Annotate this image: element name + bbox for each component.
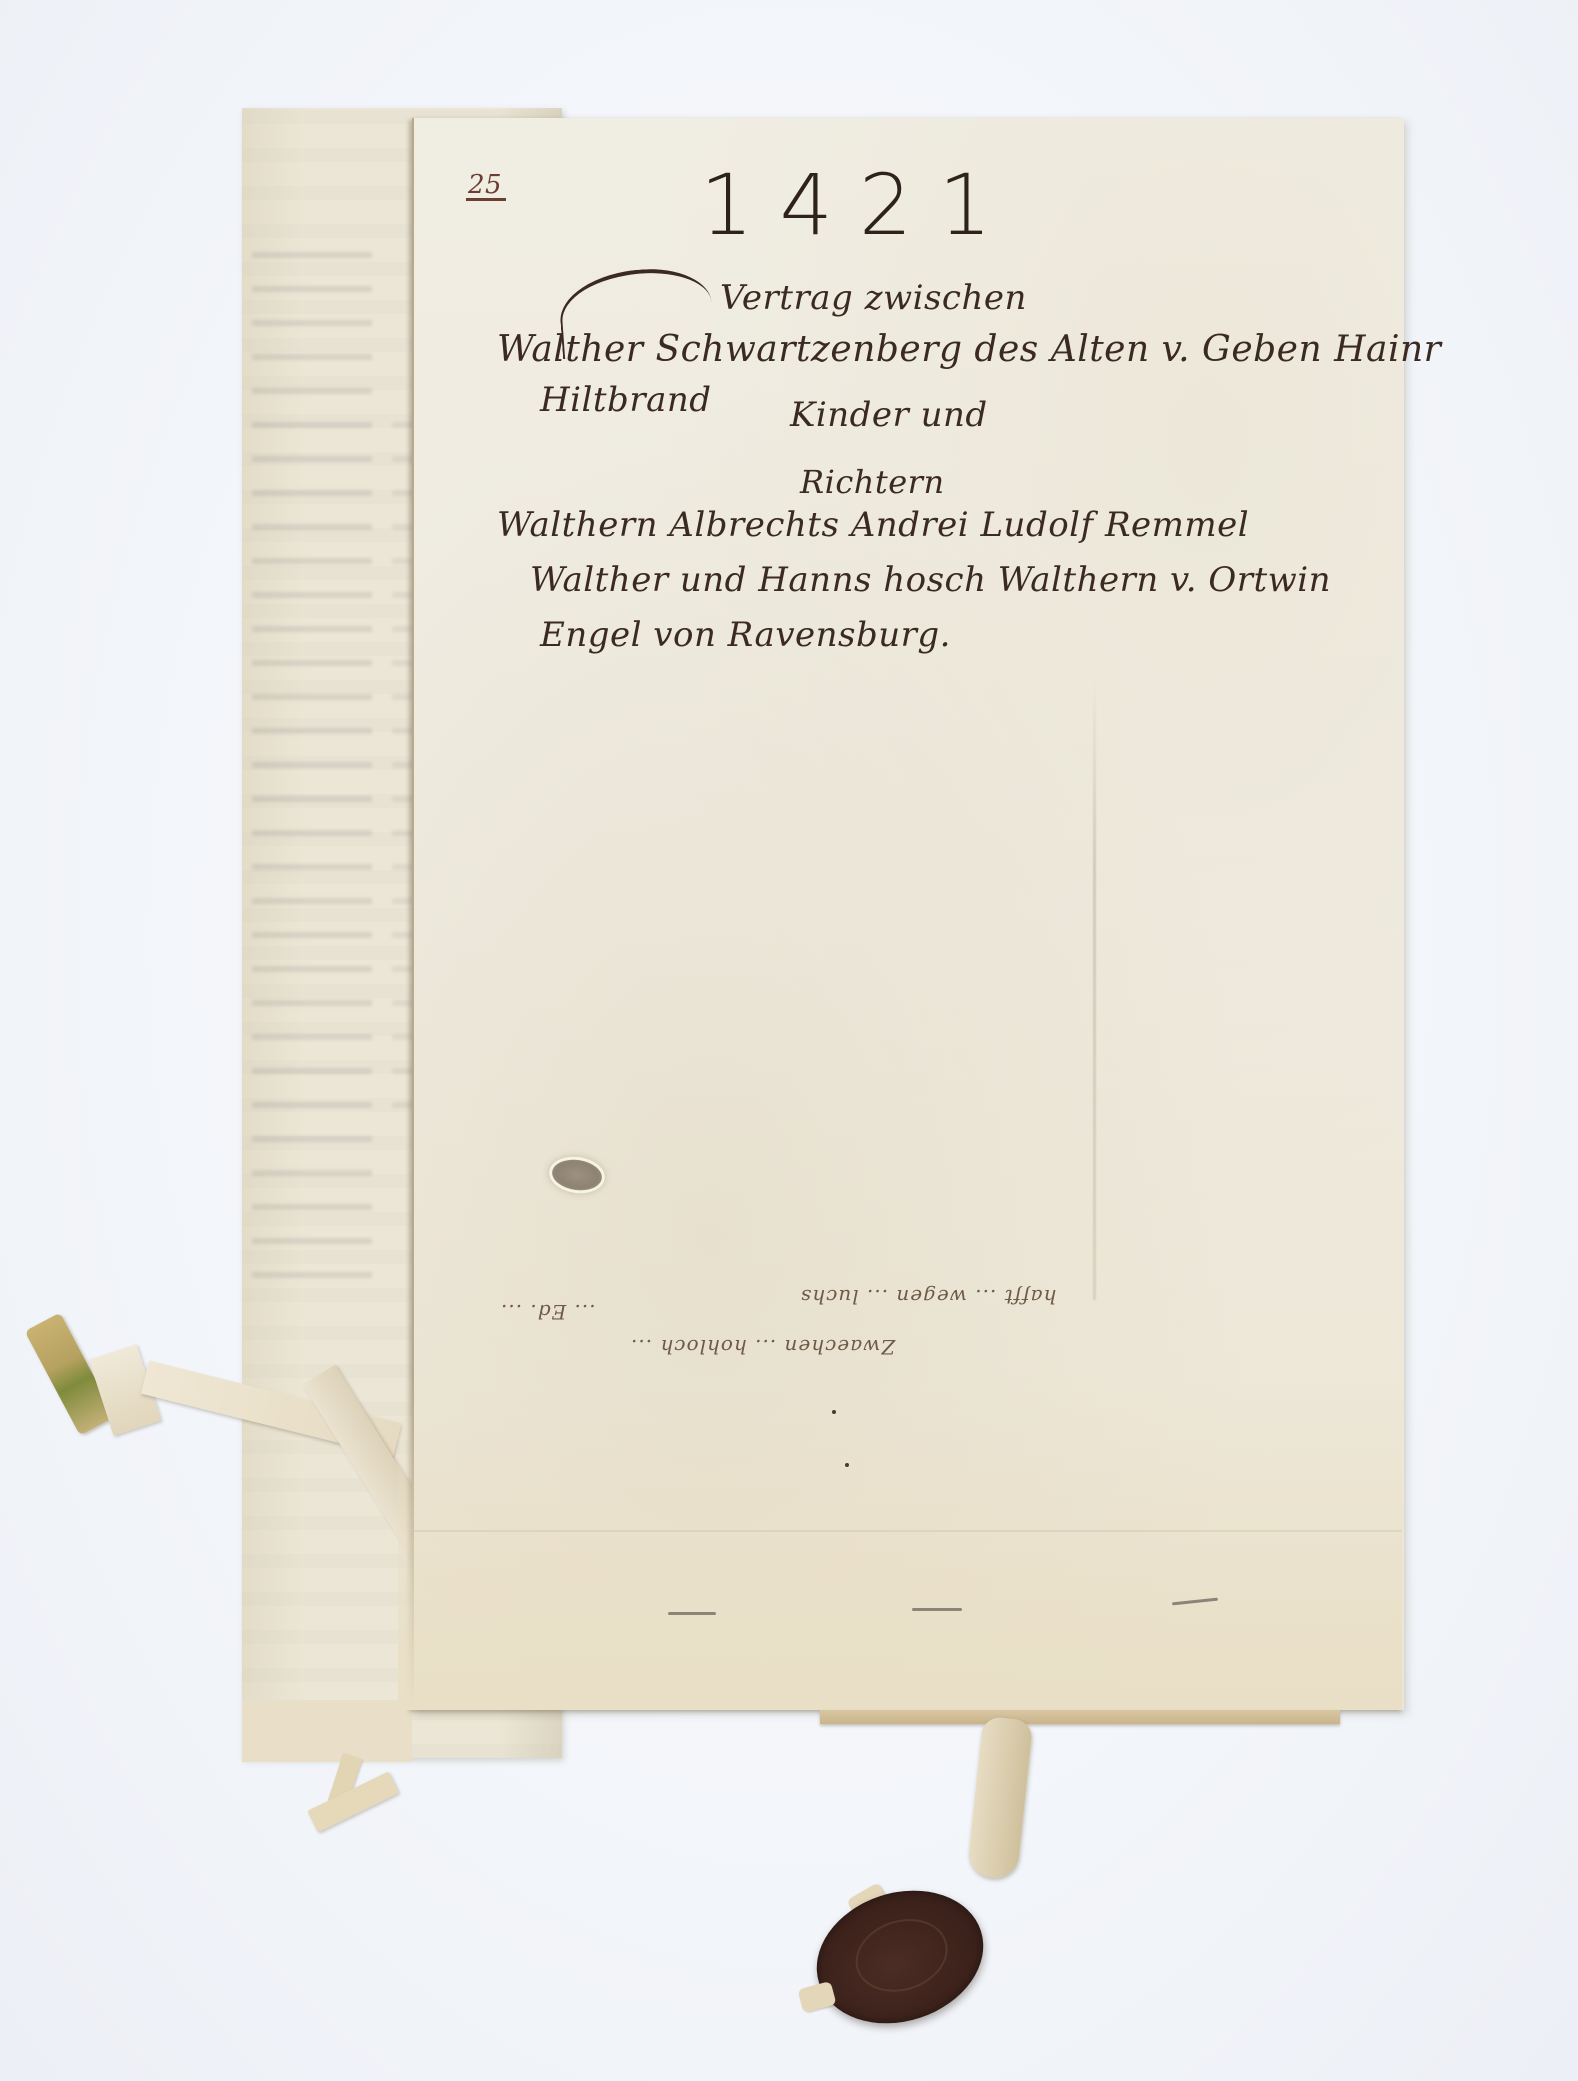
- folded-plica-edge: [820, 1710, 1340, 1724]
- endorsement-line: Engel von Ravensburg.: [540, 615, 951, 655]
- fold-crease: [412, 1530, 1402, 1532]
- endorsement-line: Walther Schwartzenberg des Alten v. Gebe…: [497, 330, 1441, 370]
- endorsement-line: Richtern: [800, 462, 945, 502]
- photo-background: 25 1421 Vertrag zwischen Walther Schwart…: [0, 0, 1578, 2081]
- fold-crease: [1093, 680, 1096, 1300]
- ink-dot: [845, 1463, 849, 1467]
- seal-impression: [846, 1908, 957, 2004]
- ink-dash: [912, 1608, 962, 1611]
- document-year: 1421: [700, 160, 1018, 250]
- folio-number: 25: [466, 172, 506, 201]
- inverted-note-line: ... Ed. ...: [500, 1300, 596, 1324]
- bleed-through-text: [252, 228, 372, 1278]
- wax-seal: [799, 1870, 1000, 2044]
- back-sheet-bottom-edge: [242, 1700, 412, 1762]
- endorsement-line: Vertrag zwischen: [720, 278, 1027, 318]
- endorsement-line: Walthern Albrechts Andrei Ludolf Remmel: [497, 505, 1249, 545]
- endorsement-line: Hiltbrand: [540, 380, 712, 420]
- inverted-note-line: hafft ... wegen ... luchs: [800, 1285, 1056, 1309]
- endorsement-line: Walther und Hanns hosch Walthern v. Ortw…: [530, 560, 1331, 600]
- seal-strap: [967, 1716, 1033, 1880]
- ink-dash: [668, 1612, 716, 1615]
- parchment-shading: [398, 1380, 1402, 1710]
- endorsement-line: Kinder und: [790, 395, 988, 435]
- ink-dot: [832, 1410, 836, 1414]
- seal-strap-tab: [797, 1981, 836, 2013]
- inverted-note-line: Zwaechen ... hohloch ...: [630, 1335, 895, 1359]
